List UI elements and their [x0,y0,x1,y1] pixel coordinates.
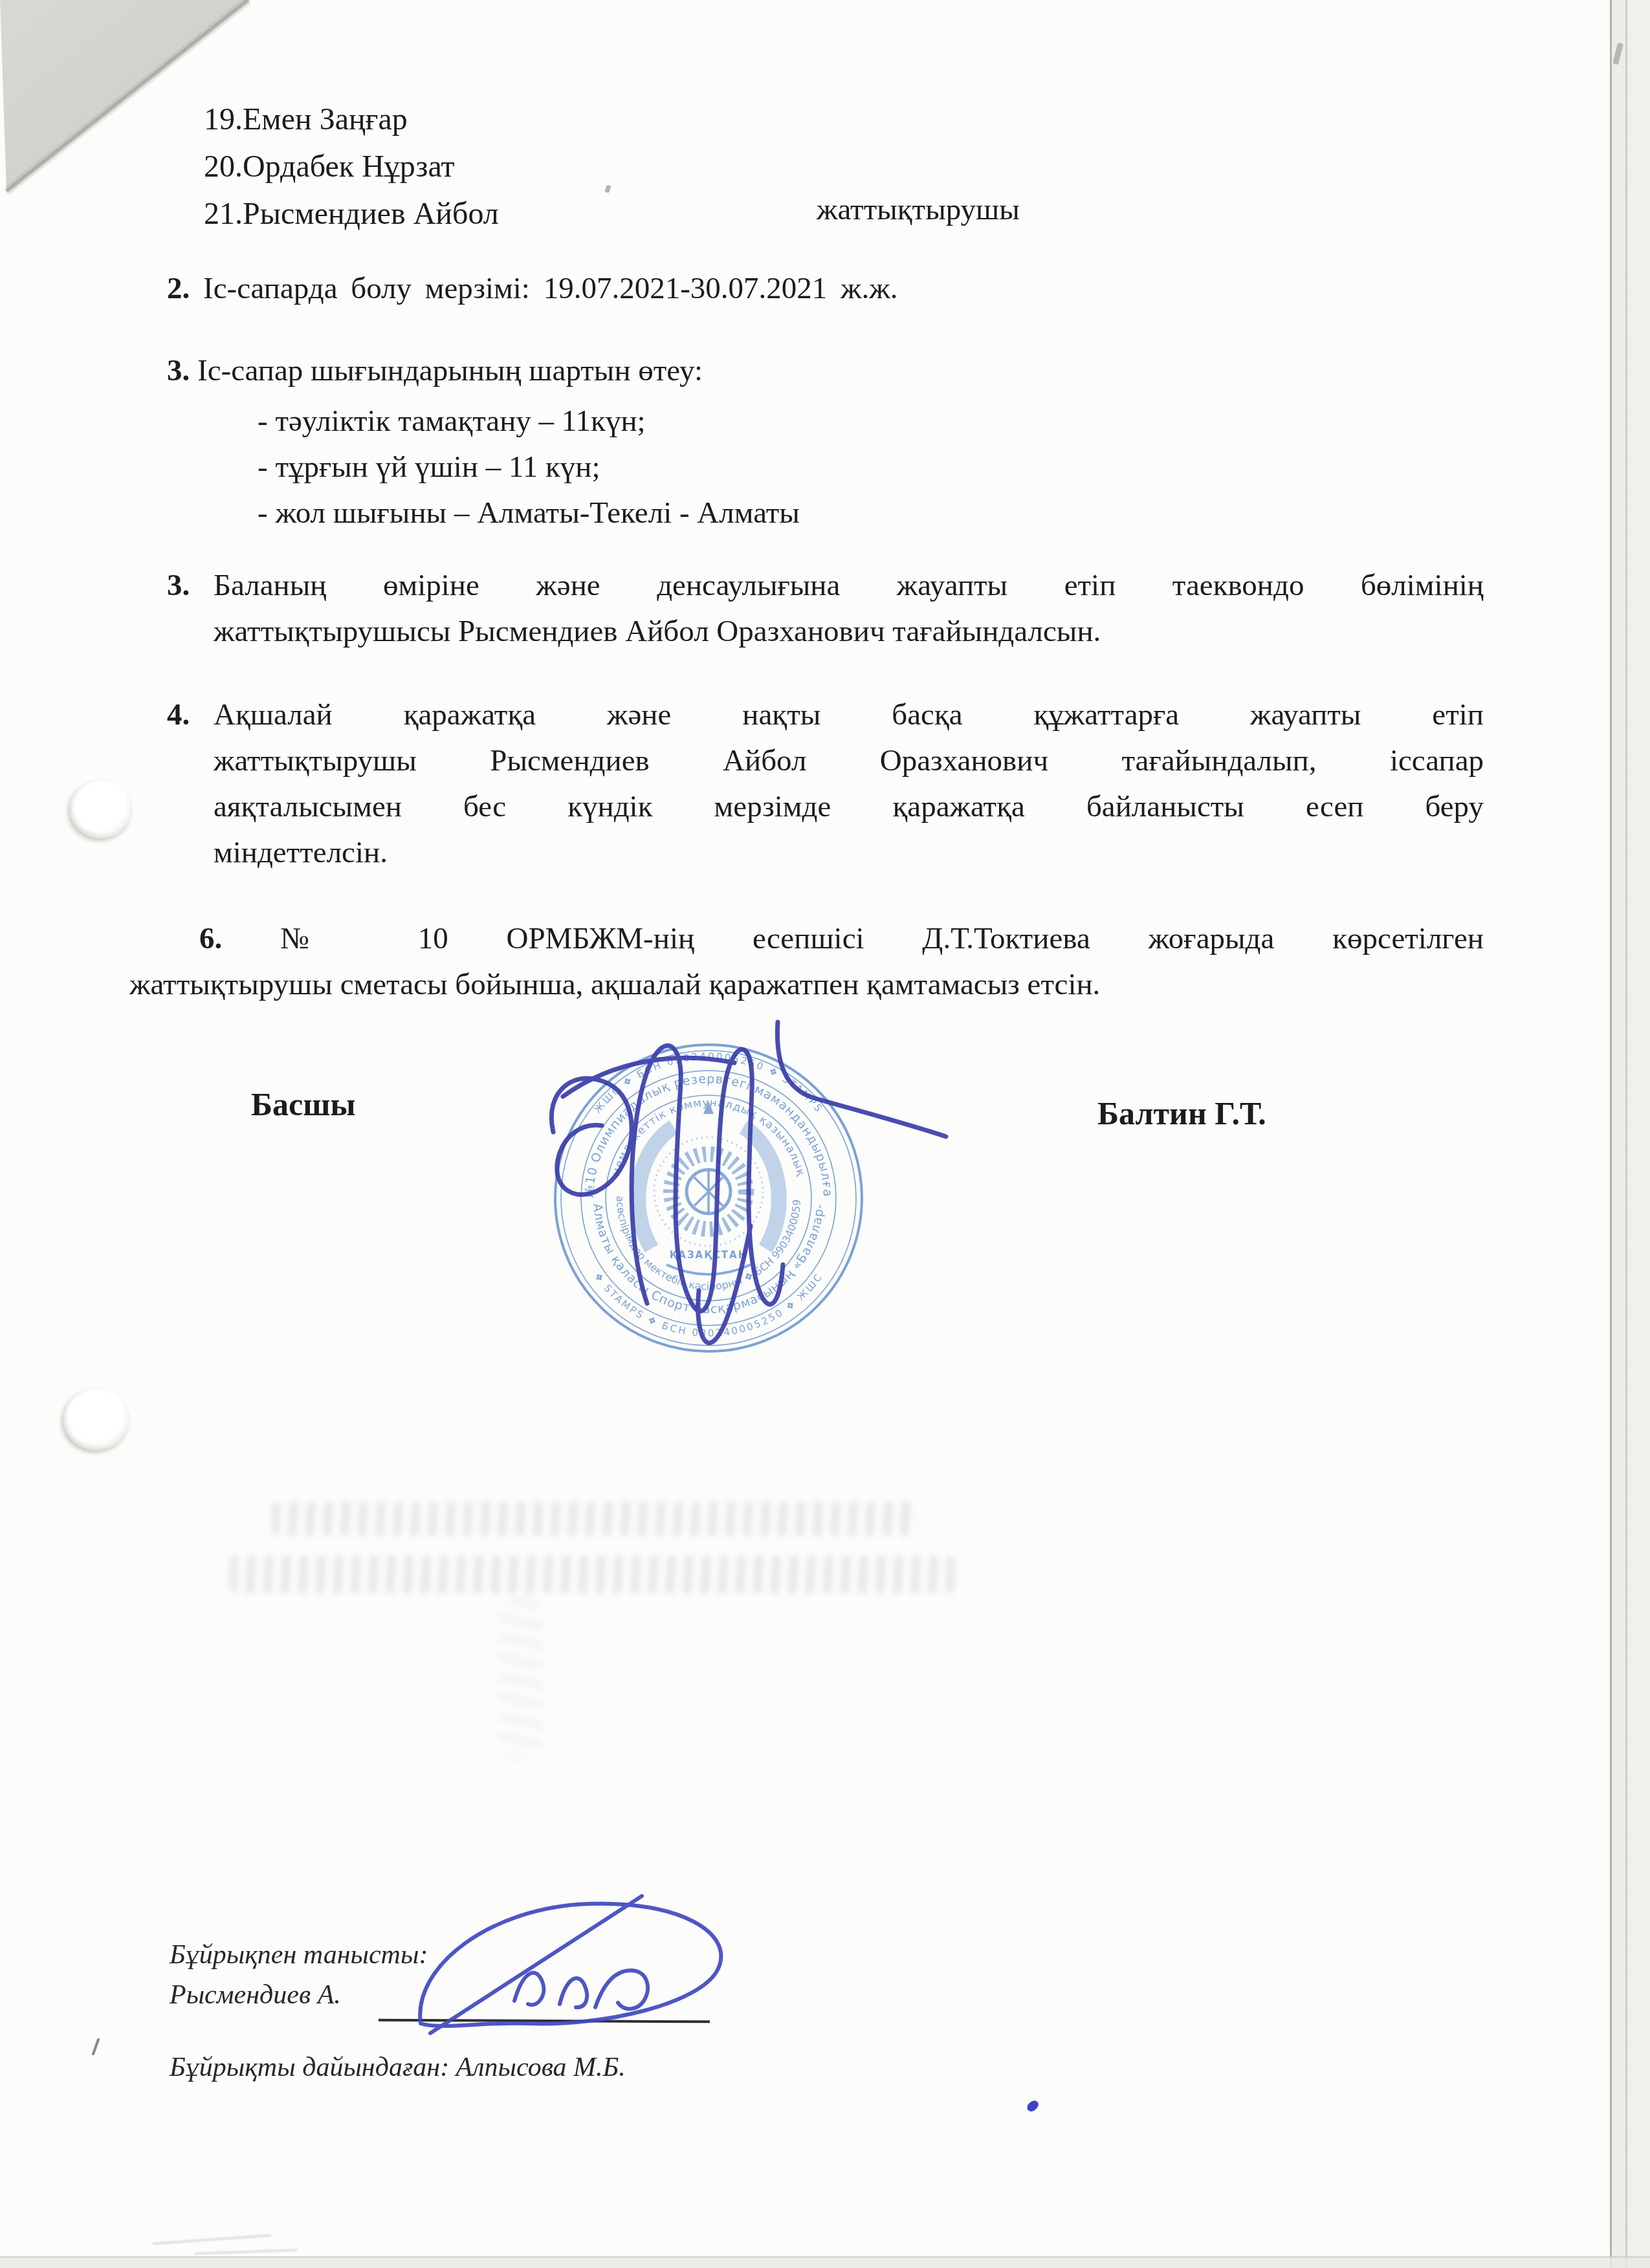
roster-line: 20.Ордабек Нұрзат [204,143,499,190]
clause-line: жаттықтырушысы Рысмендиев Айбол Оразхано… [214,609,1484,655]
expense-item: - тұрғын үй үшін – 11 күн; [258,444,800,490]
page-right-edge [1610,0,1650,2268]
punch-hole-bottom [63,1388,129,1450]
clause-number: 4. [167,692,190,738]
acknowledged-name: Рысмендиев А. [170,1979,341,2011]
clause-text: № 10 ОРМБЖМ-нің есепшісі Д.Т.Токтиева жо… [280,922,1484,955]
clause-number: 3. [167,563,190,609]
scanned-order-page: 19.Емен Заңғар 20.Ордабек Нұрзат 21.Рысм… [0,0,1650,2268]
expense-item: - жол шығыны – Алматы-Текелі - Алматы [258,490,800,536]
clause-number: 3. [167,354,190,387]
clause-line: Ақшалай қаражатқа және нақты басқа құжат… [214,692,1484,738]
scan-speck [604,184,611,193]
bleed-through-artifact [498,1598,544,1760]
pencil-smudge [194,2249,298,2255]
page-bottom-edge [0,2255,1650,2268]
pencil-smudge [152,2234,272,2245]
clause-3b: 3. Баланың өміріне және денсаулығына жау… [167,563,1484,655]
clause-line: жаттықтырушы Рысмендиев Айбол Оразханови… [214,738,1484,784]
expense-item: - тәуліктік тамақтану – 11күн; [258,398,800,444]
clause-3-heading: 3. Іс-сапар шығындарының шартын өтеу: [167,348,703,394]
ink-dot [1026,2099,1040,2114]
athlete-roster: 19.Емен Заңғар 20.Ордабек Нұрзат 21.Рысм… [204,96,499,237]
bleed-through-artifact [272,1502,919,1536]
director-signature [511,1012,971,1375]
bleed-through-artifact [230,1556,954,1593]
trainer-role-label: жаттықтырушы [817,192,1020,227]
clause-line: жаттықтырушы сметасы бойынша, ақшалай қа… [129,962,1484,1008]
roster-line: 19.Емен Заңғар [204,96,499,143]
clause-number: 6. [199,922,222,955]
trainer-signature [362,1875,815,2043]
clause-4: 4. Ақшалай қаражатқа және нақты басқа құ… [167,692,1484,876]
clause-line: 6. № 10 ОРМБЖМ-нің есепшісі Д.Т.Токтиева… [129,916,1484,962]
pen-slash-mark [91,2038,100,2056]
punch-hole-top [70,780,132,838]
clause-number: 2. [167,272,190,305]
clause-line: аяқталысымен бес күндік мерзімде қаражат… [214,784,1484,830]
clause-line: міндеттелсін. [214,830,1484,876]
clause-line: Баланың өміріне және денсаулығына жауапт… [214,563,1484,609]
roster-line: 21.Рысмендиев Айбол [204,190,499,237]
signatory-title: Басшы [251,1085,356,1123]
signatory-name: Балтин Г.Т. [1097,1095,1266,1132]
clause-2: 2. Іс-сапарда болу мерзімі: 19.07.2021-3… [167,266,898,312]
clause-6: 6. № 10 ОРМБЖМ-нің есепшісі Д.Т.Токтиева… [129,916,1484,1008]
prepared-by-line: Бұйрықты дайындаған: Алпысова М.Б. [170,2052,626,2083]
expense-items-list: - тәуліктік тамақтану – 11күн; - тұрғын … [258,398,800,536]
clause-text: Іс-сапарда болу мерзімі: 19.07.2021-30.0… [203,272,898,305]
clause-text: Іс-сапар шығындарының шартын өтеу: [197,354,703,387]
